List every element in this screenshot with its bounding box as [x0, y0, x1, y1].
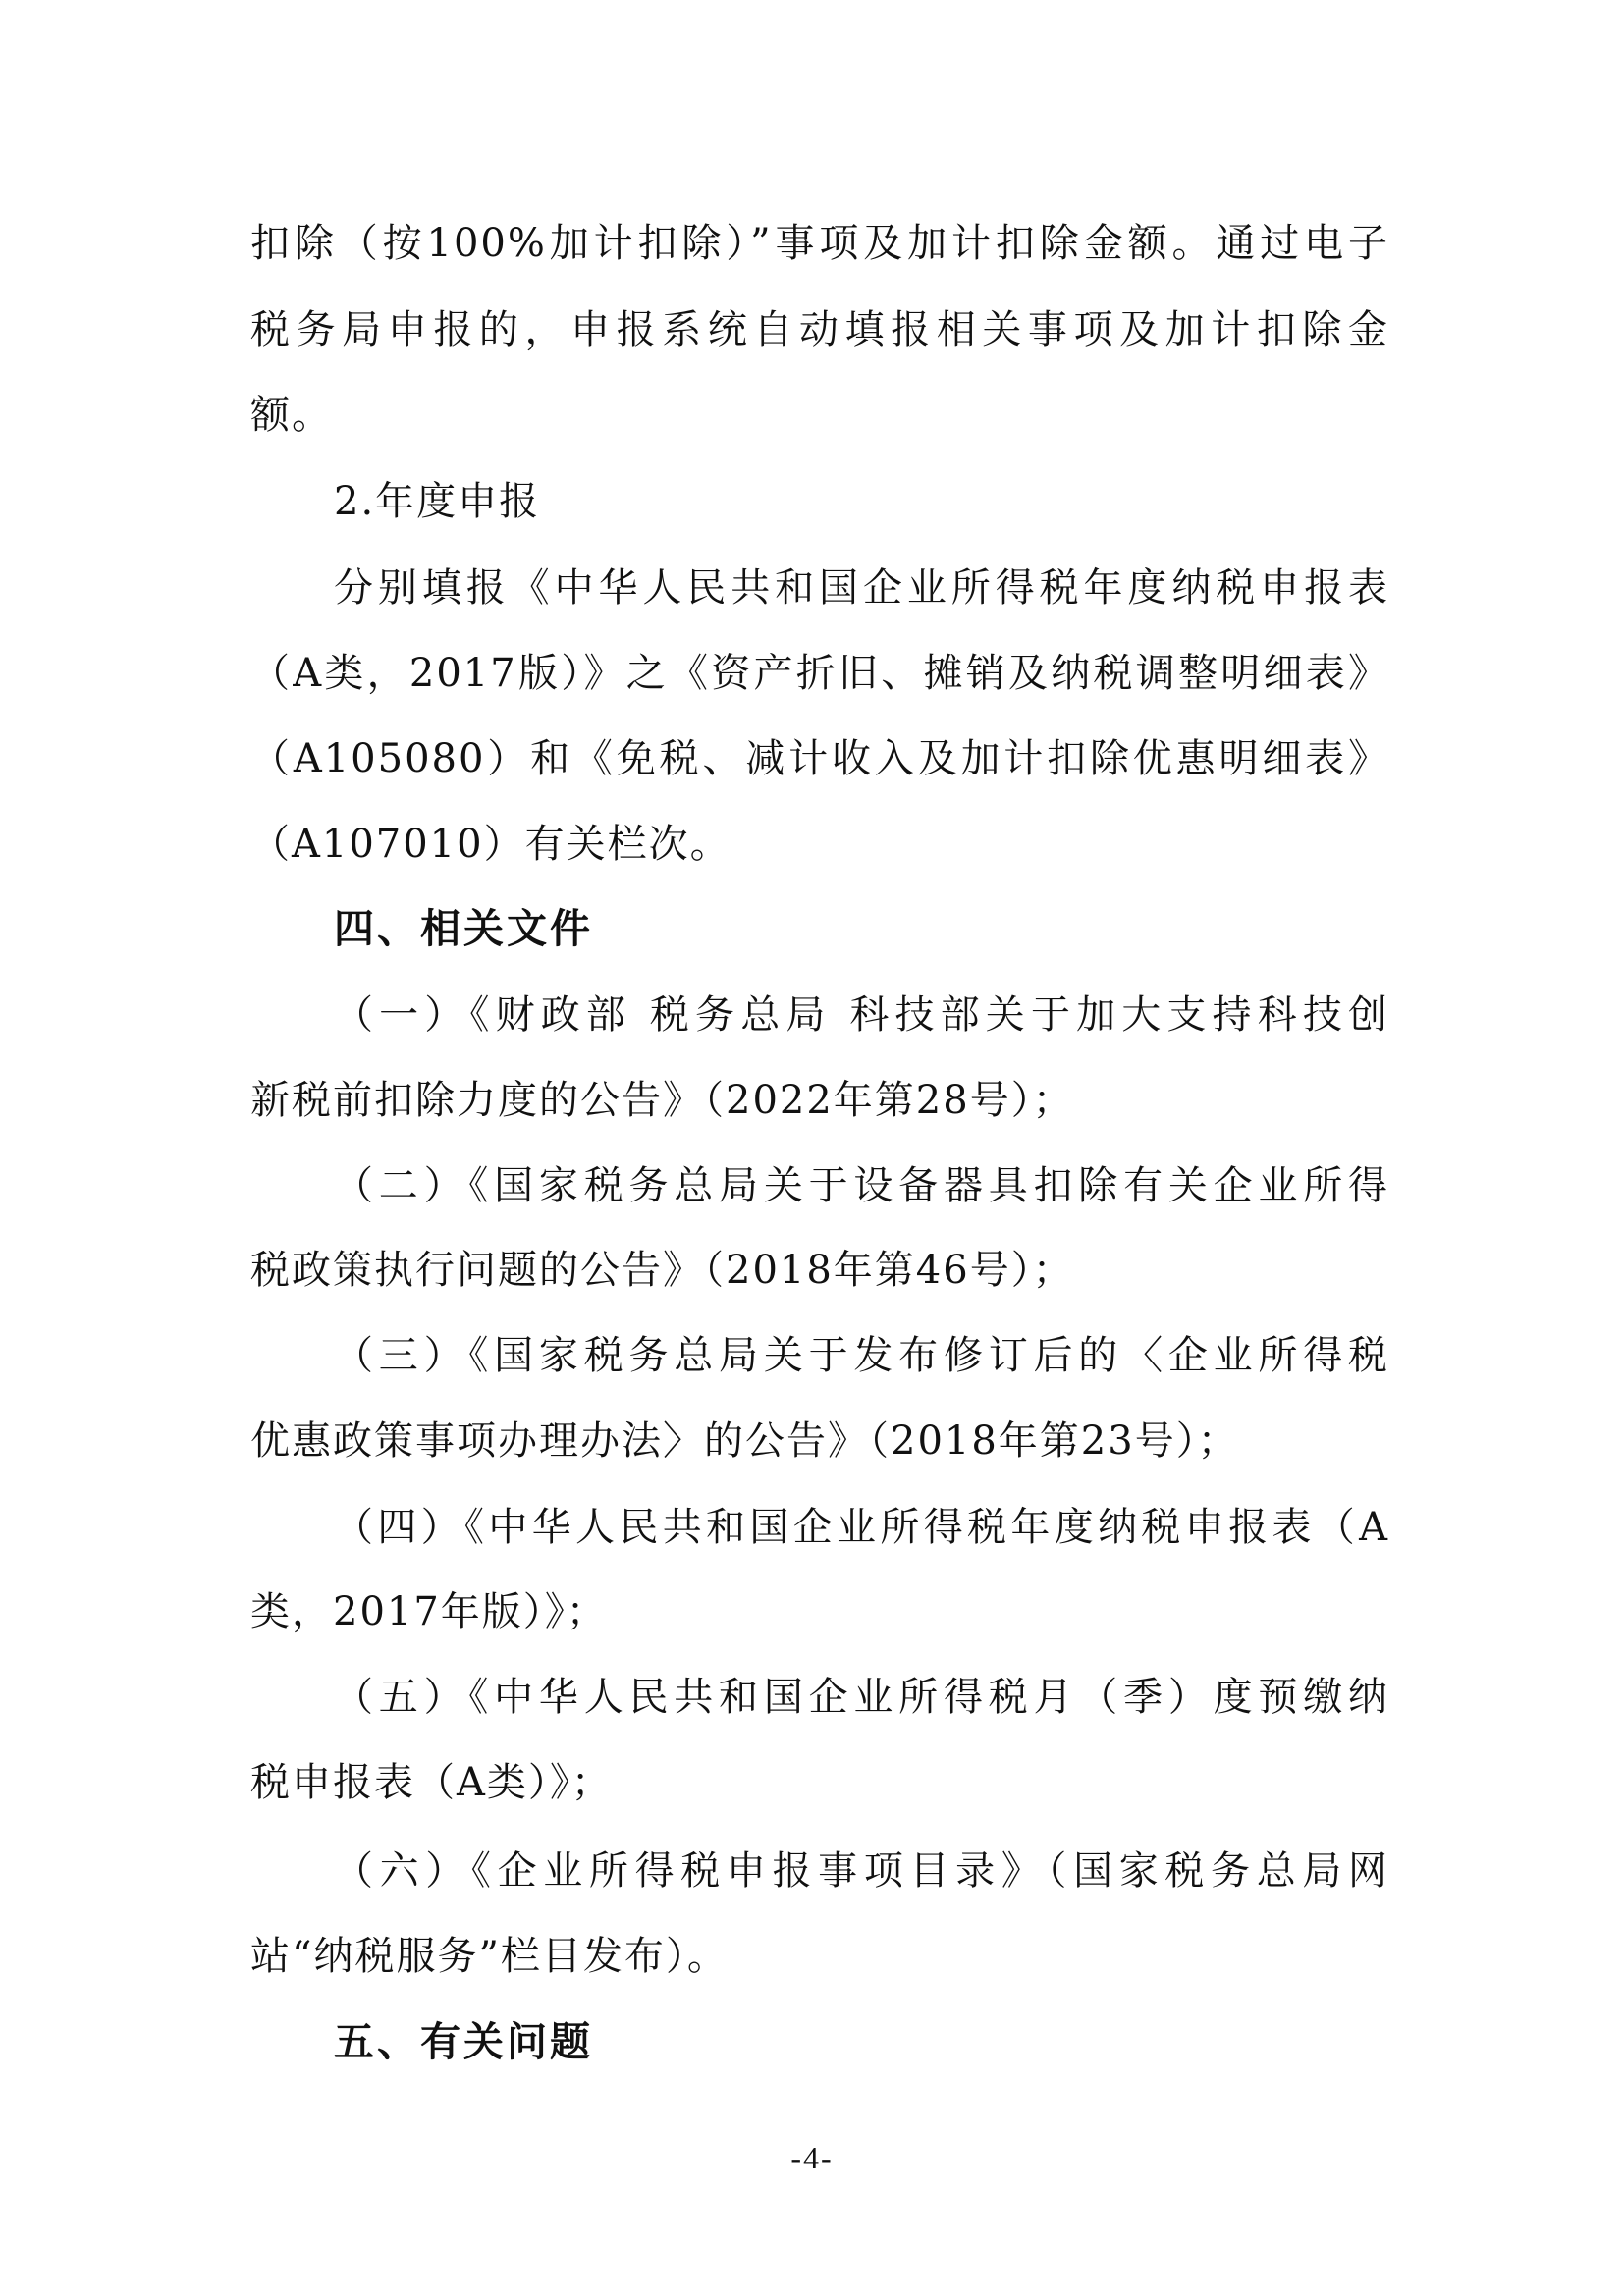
text-line: 税政策执行问题的公告》（2018年第46号）； [250, 1245, 1389, 1296]
page-number: -4- [0, 2140, 1624, 2176]
text-line: 额。 [250, 390, 1389, 441]
text-line: （五）《中华人民共和国企业所得税月（季）度预缴纳 [334, 1672, 1389, 1723]
text-line: 分别填报《中华人民共和国企业所得税年度纳税申报表 [334, 562, 1389, 614]
text-line: 扣除（按100%加计扣除）”事项及加计扣除金额。通过电子 [250, 218, 1389, 269]
text-line: 类，2017年版）》； [250, 1586, 1389, 1637]
text-line: （四）《中华人民共和国企业所得税年度纳税申报表（A [334, 1502, 1389, 1553]
text-line: （六）《企业所得税申报事项目录》（国家税务总局网 [334, 1845, 1389, 1896]
text-line: 税务局申报的，申报系统自动填报相关事项及加计扣除金 [250, 304, 1389, 355]
section-heading-related-issues: 五、有关问题 [334, 2016, 1389, 2067]
text-line: （A107010）有关栏次。 [250, 819, 1389, 870]
text-line: （A105080）和《免税、减计收入及加计扣除优惠明细表》 [250, 733, 1389, 784]
text-line: 2.年度申报 [334, 476, 1389, 527]
text-line: （三）《国家税务总局关于发布修订后的〈企业所得税 [334, 1330, 1389, 1381]
text-line: 新税前扣除力度的公告》（2022年第28号）； [250, 1075, 1389, 1126]
text-line: 站“纳税服务”栏目发布）。 [250, 1931, 1389, 1982]
text-line: （一）《财政部 税务总局 科技部关于加大支持科技创 [334, 989, 1389, 1041]
text-line: 税申报表（A类）》； [250, 1757, 1389, 1808]
section-heading-related-documents: 四、相关文件 [334, 903, 1389, 954]
text-line: 优惠政策事项办理办法〉的公告》（2018年第23号）； [250, 1415, 1389, 1467]
text-line: （二）《国家税务总局关于设备器具扣除有关企业所得 [334, 1160, 1389, 1211]
text-line: （A类，2017版）》之《资产折旧、摊销及纳税调整明细表》 [250, 648, 1389, 699]
